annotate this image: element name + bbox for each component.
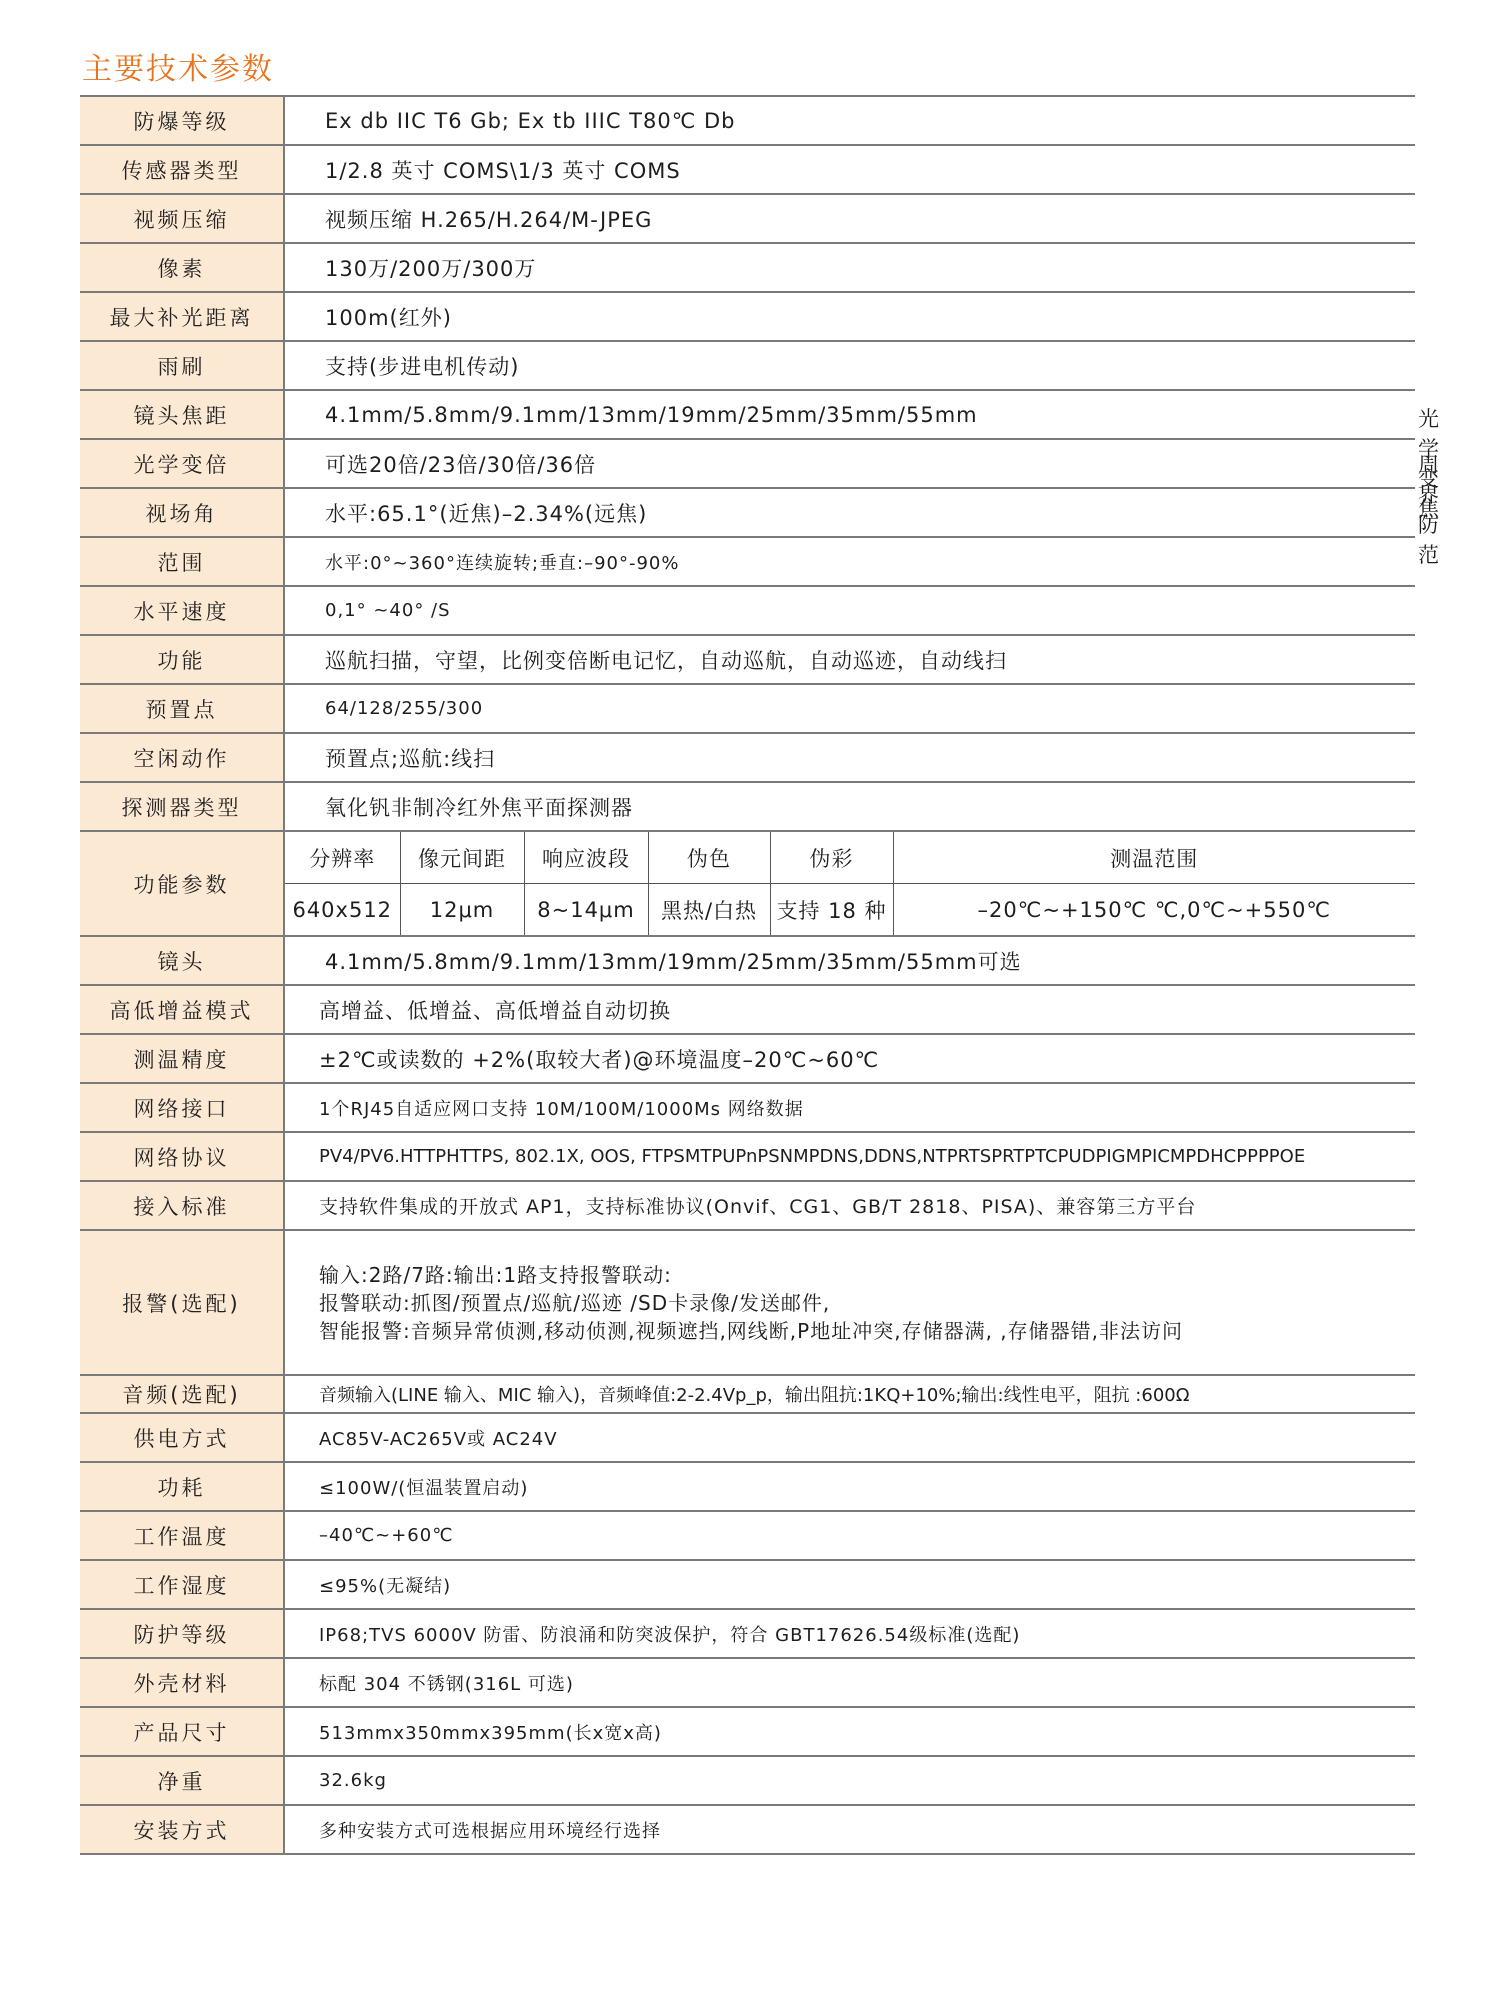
spec-value: 513mmx350mmx395mm(长x宽x高) bbox=[284, 1707, 1415, 1756]
spec-label: 水平速度 bbox=[80, 586, 284, 635]
spec-label: 预置点 bbox=[80, 684, 284, 733]
fp-value: –20℃~+150℃ ℃,0℃~+550℃ bbox=[893, 884, 1415, 936]
spec-row: 测温精度±2℃或读数的 +2%(取较大者)@环境温度–20℃~60℃ bbox=[80, 1034, 1415, 1083]
spec-row: 接入标准支持软件集成的开放式 AP1，支持标准协议(Onvif、CG1、GB/T… bbox=[80, 1181, 1415, 1230]
spec-label: 镜头焦距 bbox=[80, 390, 284, 439]
spec-value: 4.1mm/5.8mm/9.1mm/13mm/19mm/25mm/35mm/55… bbox=[284, 390, 1415, 439]
spec-row: 工作温度–40℃~+60℃ bbox=[80, 1511, 1415, 1560]
spec-label: 功能参数 bbox=[80, 831, 284, 936]
spec-value: 可选20倍/23倍/30倍/36倍周界防范 bbox=[284, 439, 1415, 488]
function-params-cell: 分辨率 像元间距 响应波段 伪色 伪彩 测温范围 640x512 12μm 8~… bbox=[284, 831, 1415, 936]
spec-label: 防护等级 bbox=[80, 1609, 284, 1658]
spec-row: 功耗≤100W/(恒温装置启动) bbox=[80, 1462, 1415, 1511]
spec-value: ±2℃或读数的 +2%(取较大者)@环境温度–20℃~60℃ bbox=[284, 1034, 1415, 1083]
fp-header: 伪彩 bbox=[770, 832, 893, 884]
spec-row: 镜头4.1mm/5.8mm/9.1mm/13mm/19mm/25mm/35mm/… bbox=[80, 936, 1415, 985]
alarm-line: 报警联动:抓图/预置点/巡航/巡迹 /SD卡录像/发送邮件, bbox=[319, 1289, 1415, 1317]
spec-value: 4.1mm/5.8mm/9.1mm/13mm/19mm/25mm/35mm/55… bbox=[284, 936, 1415, 985]
spec-value: 100m(红外) bbox=[284, 292, 1415, 341]
spec-label: 镜头 bbox=[80, 936, 284, 985]
spec-row: 供电方式AC85V-AC265V或 AC24V bbox=[80, 1413, 1415, 1462]
function-params-value-row: 640x512 12μm 8~14μm 黑热/白热 支持 18 种 –20℃~+… bbox=[285, 884, 1415, 936]
spec-label: 音频(选配) bbox=[80, 1375, 284, 1413]
spec-value: 130万/200万/300万 bbox=[284, 243, 1415, 292]
spec-row: 净重32.6kg bbox=[80, 1756, 1415, 1805]
spec-row: 视场角水平:65.1°(近焦)–2.34%(远焦) bbox=[80, 488, 1415, 537]
spec-row: 高低增益模式高增益、低增益、高低增益自动切换 bbox=[80, 985, 1415, 1034]
spec-value: 0,1° ~40° /S bbox=[284, 586, 1415, 635]
spec-label: 像素 bbox=[80, 243, 284, 292]
spec-row: 镜头焦距4.1mm/5.8mm/9.1mm/13mm/19mm/25mm/35m… bbox=[80, 390, 1415, 439]
spec-table: 防爆等级Ex db IIC T6 Gb; Ex tb IIIC T80℃ Db … bbox=[80, 95, 1415, 1855]
spec-label: 产品尺寸 bbox=[80, 1707, 284, 1756]
spec-label: 高低增益模式 bbox=[80, 985, 284, 1034]
spec-row: 光学变倍可选20倍/23倍/30倍/36倍周界防范 bbox=[80, 439, 1415, 488]
spec-row: 网络协议PV4/PV6.HTTPHTTPS, 802.1X, OOS, FTPS… bbox=[80, 1132, 1415, 1181]
spec-row: 音频(选配)音频输入(LINE 输入、MIC 输入)，音频峰值:2-2.4Vp_… bbox=[80, 1375, 1415, 1413]
spec-label: 最大补光距离 bbox=[80, 292, 284, 341]
spec-label: 供电方式 bbox=[80, 1413, 284, 1462]
spec-value: 视频压缩 H.265/H.264/M-JPEG bbox=[284, 194, 1415, 243]
spec-extra-note: 周界防范 bbox=[1418, 449, 1440, 569]
fp-value: 640x512 bbox=[285, 884, 400, 936]
spec-row: 雨刷支持(步进电机传动) bbox=[80, 341, 1415, 390]
function-params-header-row: 分辨率 像元间距 响应波段 伪色 伪彩 测温范围 bbox=[285, 832, 1415, 884]
fp-header: 分辨率 bbox=[285, 832, 400, 884]
spec-value: ≤100W/(恒温装置启动) bbox=[284, 1462, 1415, 1511]
spec-label: 探测器类型 bbox=[80, 782, 284, 831]
spec-value: PV4/PV6.HTTPHTTPS, 802.1X, OOS, FTPSMTPU… bbox=[284, 1132, 1415, 1181]
function-params-table: 分辨率 像元间距 响应波段 伪色 伪彩 测温范围 640x512 12μm 8~… bbox=[285, 832, 1415, 935]
fp-header: 伪色 bbox=[648, 832, 770, 884]
spec-value-text: 4.1mm/5.8mm/9.1mm/13mm/19mm/25mm/35mm/55… bbox=[325, 403, 978, 427]
spec-row: 产品尺寸513mmx350mmx395mm(长x宽x高) bbox=[80, 1707, 1415, 1756]
spec-label: 视频压缩 bbox=[80, 194, 284, 243]
spec-label: 净重 bbox=[80, 1756, 284, 1805]
spec-value: Ex db IIC T6 Gb; Ex tb IIIC T80℃ Db bbox=[284, 96, 1415, 145]
spec-value: 巡航扫描，守望，比例变倍断电记忆，自动巡航，自动巡迹，自动线扫 bbox=[284, 635, 1415, 684]
spec-value: –40℃~+60℃ bbox=[284, 1511, 1415, 1560]
spec-label: 雨刷 bbox=[80, 341, 284, 390]
fp-header: 测温范围 bbox=[893, 832, 1415, 884]
fp-value: 12μm bbox=[400, 884, 524, 936]
spec-label: 功能 bbox=[80, 635, 284, 684]
fp-header: 响应波段 bbox=[524, 832, 648, 884]
spec-label: 报警(选配) bbox=[80, 1230, 284, 1375]
spec-label: 传感器类型 bbox=[80, 145, 284, 194]
fp-value: 支持 18 种 bbox=[770, 884, 893, 936]
spec-row: 空闲动作预置点;巡航:线扫 bbox=[80, 733, 1415, 782]
spec-label: 光学变倍 bbox=[80, 439, 284, 488]
spec-row: 水平速度0,1° ~40° /S bbox=[80, 586, 1415, 635]
spec-value: 氧化钒非制冷红外焦平面探测器 bbox=[284, 782, 1415, 831]
alarm-line: 输入:2路/7路:输出:1路支持报警联动: bbox=[319, 1261, 1415, 1289]
alarm-value: 输入:2路/7路:输出:1路支持报警联动: 报警联动:抓图/预置点/巡航/巡迹 … bbox=[284, 1230, 1415, 1375]
spec-label: 防爆等级 bbox=[80, 96, 284, 145]
spec-row: 范围水平:0°~360°连续旋转;垂直:–90°-90% bbox=[80, 537, 1415, 586]
spec-label: 工作温度 bbox=[80, 1511, 284, 1560]
spec-label: 网络协议 bbox=[80, 1132, 284, 1181]
spec-label: 网络接口 bbox=[80, 1083, 284, 1132]
spec-label: 功耗 bbox=[80, 1462, 284, 1511]
spec-row: 视频压缩视频压缩 H.265/H.264/M-JPEG bbox=[80, 194, 1415, 243]
spec-label: 视场角 bbox=[80, 488, 284, 537]
spec-value: 1个RJ45自适应网口支持 10M/100M/1000Ms 网络数据 bbox=[284, 1083, 1415, 1132]
spec-value: 水平:0°~360°连续旋转;垂直:–90°-90% bbox=[284, 537, 1415, 586]
spec-label: 接入标准 bbox=[80, 1181, 284, 1230]
spec-value: 标配 304 不锈钢(316L 可选) bbox=[284, 1658, 1415, 1707]
spec-value: 预置点;巡航:线扫 bbox=[284, 733, 1415, 782]
spec-row: 预置点64/128/255/300 bbox=[80, 684, 1415, 733]
spec-value: 32.6kg bbox=[284, 1756, 1415, 1805]
spec-label: 测温精度 bbox=[80, 1034, 284, 1083]
fp-value: 黑热/白热 bbox=[648, 884, 770, 936]
spec-value: 多种安装方式可选根据应用环境经行选择 bbox=[284, 1805, 1415, 1854]
spec-value: 水平:65.1°(近焦)–2.34%(远焦) bbox=[284, 488, 1415, 537]
spec-label: 安装方式 bbox=[80, 1805, 284, 1854]
spec-row: 外壳材料标配 304 不锈钢(316L 可选) bbox=[80, 1658, 1415, 1707]
spec-row: 功能巡航扫描，守望，比例变倍断电记忆，自动巡航，自动巡迹，自动线扫 bbox=[80, 635, 1415, 684]
spec-value: 支持(步进电机传动) bbox=[284, 341, 1415, 390]
spec-value: 1/2.8 英寸 COMS\1/3 英寸 COMS bbox=[284, 145, 1415, 194]
spec-value: AC85V-AC265V或 AC24V bbox=[284, 1413, 1415, 1462]
spec-row: 工作湿度≤95%(无凝结) bbox=[80, 1560, 1415, 1609]
function-params-row: 功能参数 分辨率 像元间距 响应波段 伪色 伪彩 测温范围 640x512 12… bbox=[80, 831, 1415, 936]
spec-value: ≤95%(无凝结) bbox=[284, 1560, 1415, 1609]
spec-row: 网络接口1个RJ45自适应网口支持 10M/100M/1000Ms 网络数据 bbox=[80, 1083, 1415, 1132]
spec-value-text: 可选20倍/23倍/30倍/36倍 bbox=[325, 453, 596, 477]
spec-row: 像素130万/200万/300万 bbox=[80, 243, 1415, 292]
page-title: 主要技术参数 bbox=[82, 44, 274, 88]
spec-label: 空闲动作 bbox=[80, 733, 284, 782]
spec-row: 传感器类型1/2.8 英寸 COMS\1/3 英寸 COMS bbox=[80, 145, 1415, 194]
spec-row: 最大补光距离100m(红外) bbox=[80, 292, 1415, 341]
fp-header: 像元间距 bbox=[400, 832, 524, 884]
spec-label: 范围 bbox=[80, 537, 284, 586]
alarm-row: 报警(选配) 输入:2路/7路:输出:1路支持报警联动: 报警联动:抓图/预置点… bbox=[80, 1230, 1415, 1375]
fp-value: 8~14μm bbox=[524, 884, 648, 936]
spec-row: 安装方式多种安装方式可选根据应用环境经行选择 bbox=[80, 1805, 1415, 1854]
spec-value: 高增益、低增益、高低增益自动切换 bbox=[284, 985, 1415, 1034]
spec-label: 外壳材料 bbox=[80, 1658, 284, 1707]
spec-value: 音频输入(LINE 输入、MIC 输入)，音频峰值:2-2.4Vp_p，输出阻抗… bbox=[284, 1375, 1415, 1413]
spec-value: 64/128/255/300 bbox=[284, 684, 1415, 733]
spec-row: 防护等级IP68;TVS 6000V 防雷、防浪涌和防突波保护，符合 GBT17… bbox=[80, 1609, 1415, 1658]
spec-value: IP68;TVS 6000V 防雷、防浪涌和防突波保护，符合 GBT17626.… bbox=[284, 1609, 1415, 1658]
spec-row: 防爆等级Ex db IIC T6 Gb; Ex tb IIIC T80℃ Db bbox=[80, 96, 1415, 145]
spec-value: 支持软件集成的开放式 AP1，支持标准协议(Onvif、CG1、GB/T 281… bbox=[284, 1181, 1415, 1230]
spec-label: 工作湿度 bbox=[80, 1560, 284, 1609]
alarm-line: 智能报警:音频异常侦测,移动侦测,视频遮挡,网线断,P地址冲突,存储器满, ,存… bbox=[319, 1317, 1415, 1345]
spec-row: 探测器类型氧化钒非制冷红外焦平面探测器 bbox=[80, 782, 1415, 831]
